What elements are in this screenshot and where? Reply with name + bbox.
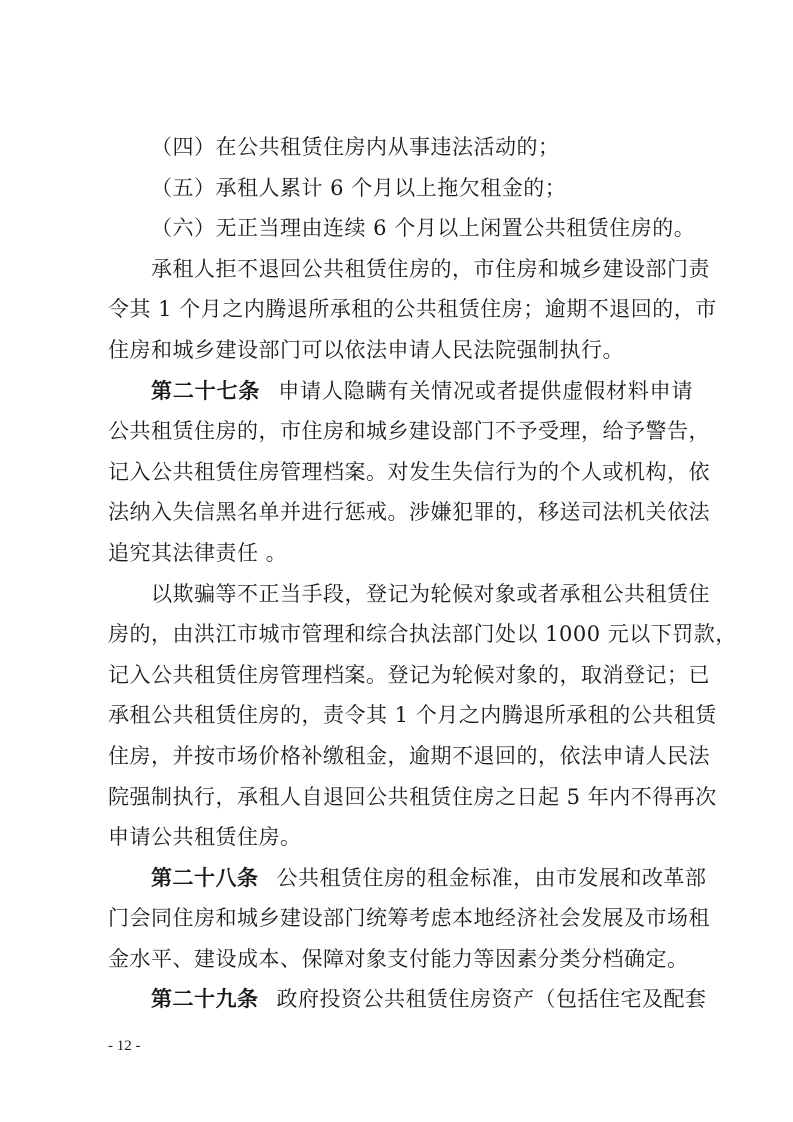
article-27-line: 追究其法律责任 。: [108, 533, 693, 574]
paragraph-refusal-line: 承租人拒不退回公共租赁住房的，市住房和城乡建设部门责: [108, 249, 693, 290]
paragraph-refusal-line: 住房和城乡建设部门可以依法申请人民法院强制执行。: [108, 330, 693, 371]
article-27-heading-line: 第二十七条申请人隐瞒有关情况或者提供虚假材料申请: [108, 371, 693, 412]
paragraph-fraud-line: 承租公共租赁住房的，责令其 1 个月之内腾退所承租的公共租赁: [108, 695, 693, 736]
article-27-line: 记入公共租赁住房管理档案。对发生失信行为的个人或机构，依: [108, 452, 693, 493]
document-body: （四）在公共租赁住房内从事违法活动的； （五）承租人累计 6 个月以上拖欠租金的…: [108, 127, 693, 1020]
paragraph-fraud-line: 院强制执行，承租人自退回公共租赁住房之日起 5 年内不得再次: [108, 777, 693, 818]
article-27-line: 公共租赁住房的，市住房和城乡建设部门不予受理，给予警告，: [108, 411, 693, 452]
paragraph-fraud-line: 记入公共租赁住房管理档案。登记为轮候对象的，取消登记；已: [108, 655, 693, 696]
article-29-number: 第二十九条: [151, 987, 259, 1011]
article-29-heading-line: 第二十九条政府投资公共租赁住房资产（包括住宅及配套: [108, 979, 693, 1020]
paragraph-fraud-line: 申请公共租赁住房。: [108, 817, 693, 858]
article-28-first-line: 公共租赁住房的租金标准，由市发展和改革部: [277, 866, 707, 890]
article-27-number: 第二十七条: [151, 379, 260, 403]
article-28-heading-line: 第二十八条公共租赁住房的租金标准，由市发展和改革部: [108, 858, 693, 899]
list-item-5: （五）承租人累计 6 个月以上拖欠租金的；: [108, 168, 693, 209]
list-item-4: （四）在公共租赁住房内从事违法活动的；: [108, 127, 693, 168]
article-28-number: 第二十八条: [151, 866, 259, 890]
article-29-first-line: 政府投资公共租赁住房资产（包括住宅及配套: [277, 987, 707, 1011]
paragraph-fraud-line: 住房，并按市场价格补缴租金，逾期不退回的，依法申请人民法: [108, 736, 693, 777]
article-28-line: 门会同住房和城乡建设部门统筹考虑本地经济社会发展及市场租: [108, 898, 693, 939]
paragraph-refusal-line: 令其 1 个月之内腾退所承租的公共租赁住房；逾期不退回的，市: [108, 289, 693, 330]
paragraph-fraud-line: 房的，由洪江市城市管理和综合执法部门处以 1000 元以下罚款，: [108, 614, 693, 655]
page-number: - 12 -: [108, 1038, 141, 1055]
paragraph-fraud-line: 以欺骗等不正当手段，登记为轮候对象或者承租公共租赁住: [108, 574, 693, 615]
list-item-6: （六）无正当理由连续 6 个月以上闲置公共租赁住房的。: [108, 208, 693, 249]
article-27-first-line: 申请人隐瞒有关情况或者提供虚假材料申请: [278, 379, 693, 403]
document-page: （四）在公共租赁住房内从事违法活动的； （五）承租人累计 6 个月以上拖欠租金的…: [0, 0, 793, 1122]
article-27-line: 法纳入失信黑名单并进行惩戒。涉嫌犯罪的，移送司法机关依法: [108, 492, 693, 533]
article-28-line: 金水平、建设成本、保障对象支付能力等因素分类分档确定。: [108, 939, 693, 980]
